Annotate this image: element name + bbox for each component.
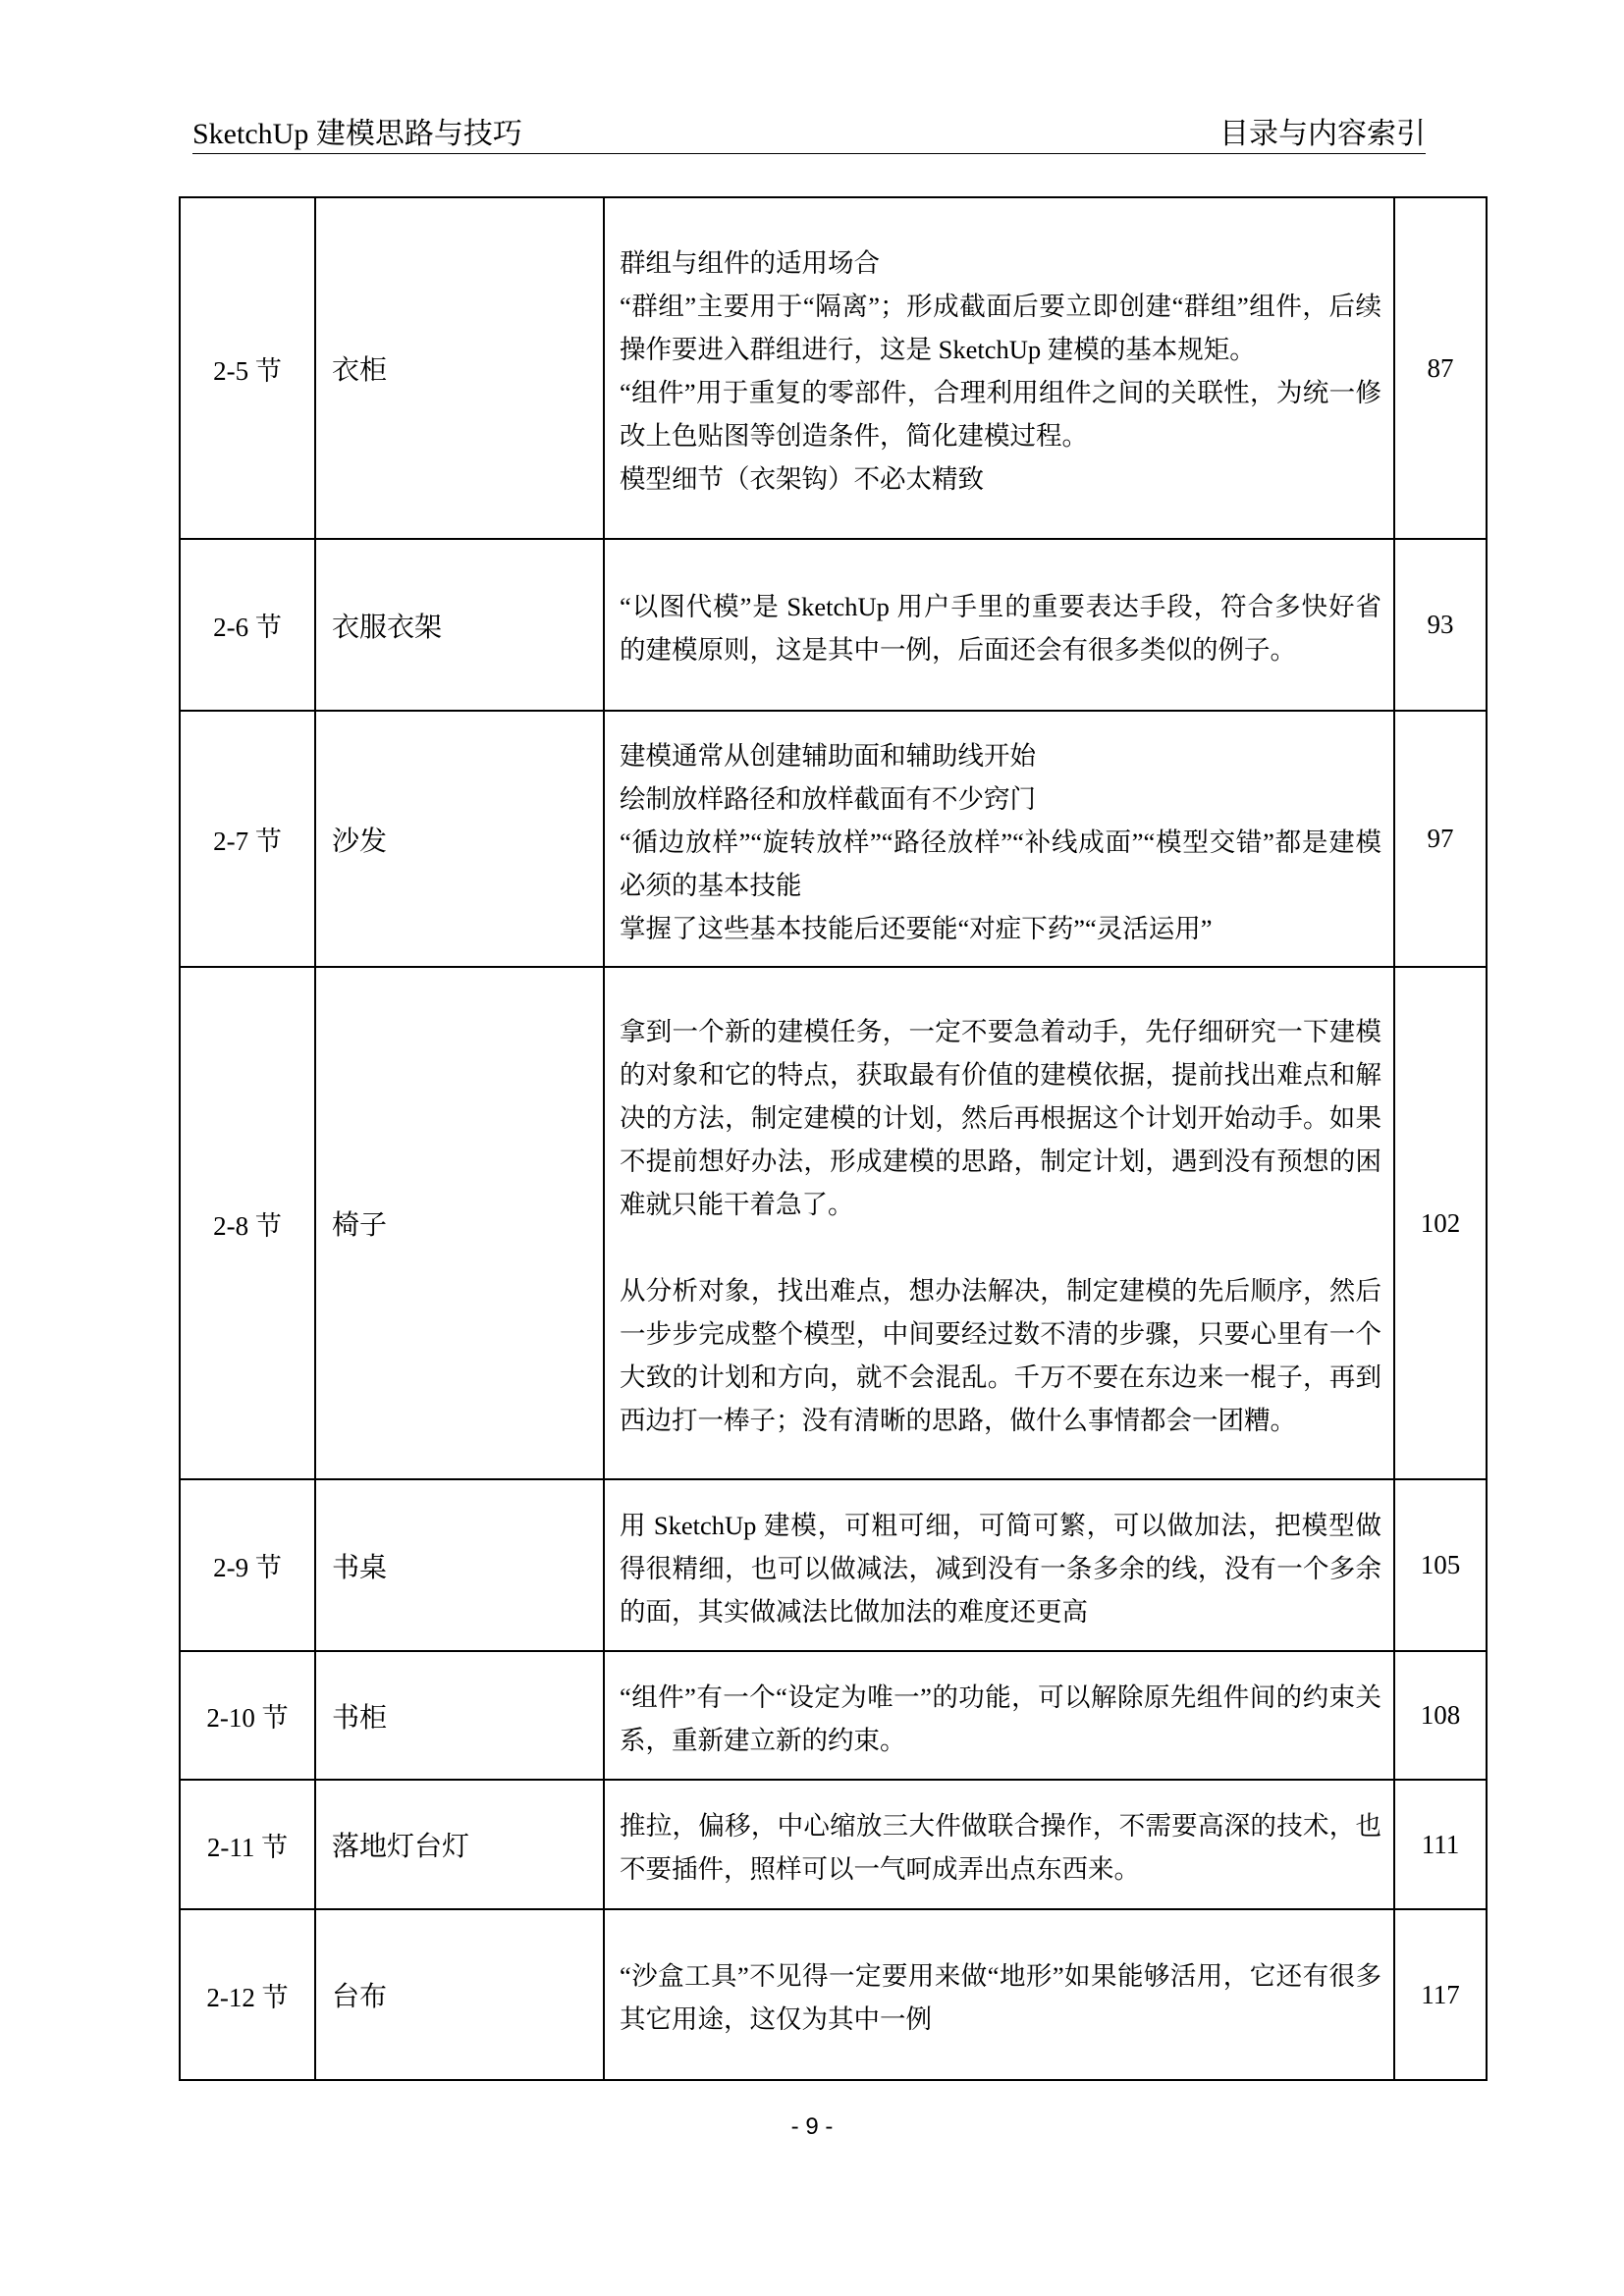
section-number: 2-7 节 [180,711,315,967]
page-ref: 93 [1394,539,1487,711]
description-cell: 建模通常从创建辅助面和辅助线开始 绘制放样路径和放样截面有不少窍门 “循边放样”… [604,711,1394,967]
description-cell: “沙盒工具”不见得一定要用来做“地形”如果能够活用，它还有很多其它用途，这仅为其… [604,1909,1394,2080]
description-cell: “组件”有一个“设定为唯一”的功能，可以解除原先组件间的约束关系，重新建立新的约… [604,1651,1394,1780]
description-paragraph: “以图代模”是 SketchUp 用户手里的重要表达手段，符合多快好省的建模原则… [620,585,1381,671]
description-paragraph: “组件”用于重复的零部件，合理利用组件之间的关联性，为统一修改上色贴图等创造条件… [620,371,1381,457]
description-paragraph: 模型细节（衣架钩）不必太精致 [620,457,1381,501]
description-paragraph: 群组与组件的适用场合 [620,241,1381,285]
section-title: 目录与内容索引 [1219,118,1426,151]
table-row: 2-10 节 书柜 “组件”有一个“设定为唯一”的功能，可以解除原先组件间的约束… [180,1651,1487,1780]
page-ref: 108 [1394,1651,1487,1780]
content-index-table: 2-5 节 衣柜 群组与组件的适用场合 “群组”主要用于“隔离”；形成截面后要立… [179,196,1488,2081]
section-title-cell: 沙发 [315,711,604,967]
description-paragraph: 掌握了这些基本技能后还要能“对症下药”“灵活运用” [620,907,1381,950]
description-paragraph: “组件”有一个“设定为唯一”的功能，可以解除原先组件间的约束关系，重新建立新的约… [620,1676,1381,1762]
table-row: 2-11 节 落地灯台灯 推拉，偏移，中心缩放三大件做联合操作，不需要高深的技术… [180,1780,1487,1909]
table-row: 2-6 节 衣服衣架 “以图代模”是 SketchUp 用户手里的重要表达手段，… [180,539,1487,711]
page-ref: 87 [1394,197,1487,539]
section-number: 2-11 节 [180,1780,315,1909]
description-paragraph: 建模通常从创建辅助面和辅助线开始 [620,734,1381,777]
section-title-cell: 衣柜 [315,197,604,539]
section-title-cell: 书桌 [315,1479,604,1651]
description-paragraph: 从分析对象，找出难点，想办法解决，制定建模的先后顺序，然后一步步完成整个模型，中… [620,1269,1381,1442]
description-paragraph: “群组”主要用于“隔离”；形成截面后要立即创建“群组”组件，后续操作要进入群组进… [620,285,1381,371]
description-cell: 用 SketchUp 建模，可粗可细，可简可繁，可以做加法，把模型做得很精细，也… [604,1479,1394,1651]
description-paragraph: 推拉，偏移，中心缩放三大件做联合操作，不需要高深的技术，也不要插件，照样可以一气… [620,1804,1381,1891]
description-cell: “以图代模”是 SketchUp 用户手里的重要表达手段，符合多快好省的建模原则… [604,539,1394,711]
section-number: 2-9 节 [180,1479,315,1651]
description-paragraph: 绘制放样路径和放样截面有不少窍门 [620,777,1381,821]
table-row: 2-8 节 椅子 拿到一个新的建模任务，一定不要急着动手，先仔细研究一下建模的对… [180,967,1487,1479]
table-row: 2-9 节 书桌 用 SketchUp 建模，可粗可细，可简可繁，可以做加法，把… [180,1479,1487,1651]
page-ref: 117 [1394,1909,1487,2080]
page-ref: 97 [1394,711,1487,967]
table-row: 2-5 节 衣柜 群组与组件的适用场合 “群组”主要用于“隔离”；形成截面后要立… [180,197,1487,539]
book-title: SketchUp 建模思路与技巧 [192,118,522,151]
description-cell: 推拉，偏移，中心缩放三大件做联合操作，不需要高深的技术，也不要插件，照样可以一气… [604,1780,1394,1909]
section-title-cell: 落地灯台灯 [315,1780,604,1909]
description-cell: 群组与组件的适用场合 “群组”主要用于“隔离”；形成截面后要立即创建“群组”组件… [604,197,1394,539]
description-paragraph: 用 SketchUp 建模，可粗可细，可简可繁，可以做加法，把模型做得很精细，也… [620,1504,1381,1633]
page-header: SketchUp 建模思路与技巧 目录与内容索引 [192,116,1426,154]
section-number: 2-6 节 [180,539,315,711]
table-row: 2-7 节 沙发 建模通常从创建辅助面和辅助线开始 绘制放样路径和放样截面有不少… [180,711,1487,967]
paragraph-spacer [620,1226,1381,1269]
section-number: 2-8 节 [180,967,315,1479]
section-number: 2-5 节 [180,197,315,539]
section-number: 2-10 节 [180,1651,315,1780]
page-ref: 105 [1394,1479,1487,1651]
page-ref: 111 [1394,1780,1487,1909]
section-title-cell: 衣服衣架 [315,539,604,711]
section-title-cell: 椅子 [315,967,604,1479]
page-number: - 9 - [0,2113,1624,2141]
description-cell: 拿到一个新的建模任务，一定不要急着动手，先仔细研究一下建模的对象和它的特点，获取… [604,967,1394,1479]
section-title-cell: 台布 [315,1909,604,2080]
description-paragraph: “沙盒工具”不见得一定要用来做“地形”如果能够活用，它还有很多其它用途，这仅为其… [620,1954,1381,2041]
section-title-cell: 书柜 [315,1651,604,1780]
description-paragraph: 拿到一个新的建模任务，一定不要急着动手，先仔细研究一下建模的对象和它的特点，获取… [620,1010,1381,1226]
table-row: 2-12 节 台布 “沙盒工具”不见得一定要用来做“地形”如果能够活用，它还有很… [180,1909,1487,2080]
page-ref: 102 [1394,967,1487,1479]
section-number: 2-12 节 [180,1909,315,2080]
description-paragraph: “循边放样”“旋转放样”“路径放样”“补线成面”“模型交错”都是建模必须的基本技… [620,821,1381,907]
